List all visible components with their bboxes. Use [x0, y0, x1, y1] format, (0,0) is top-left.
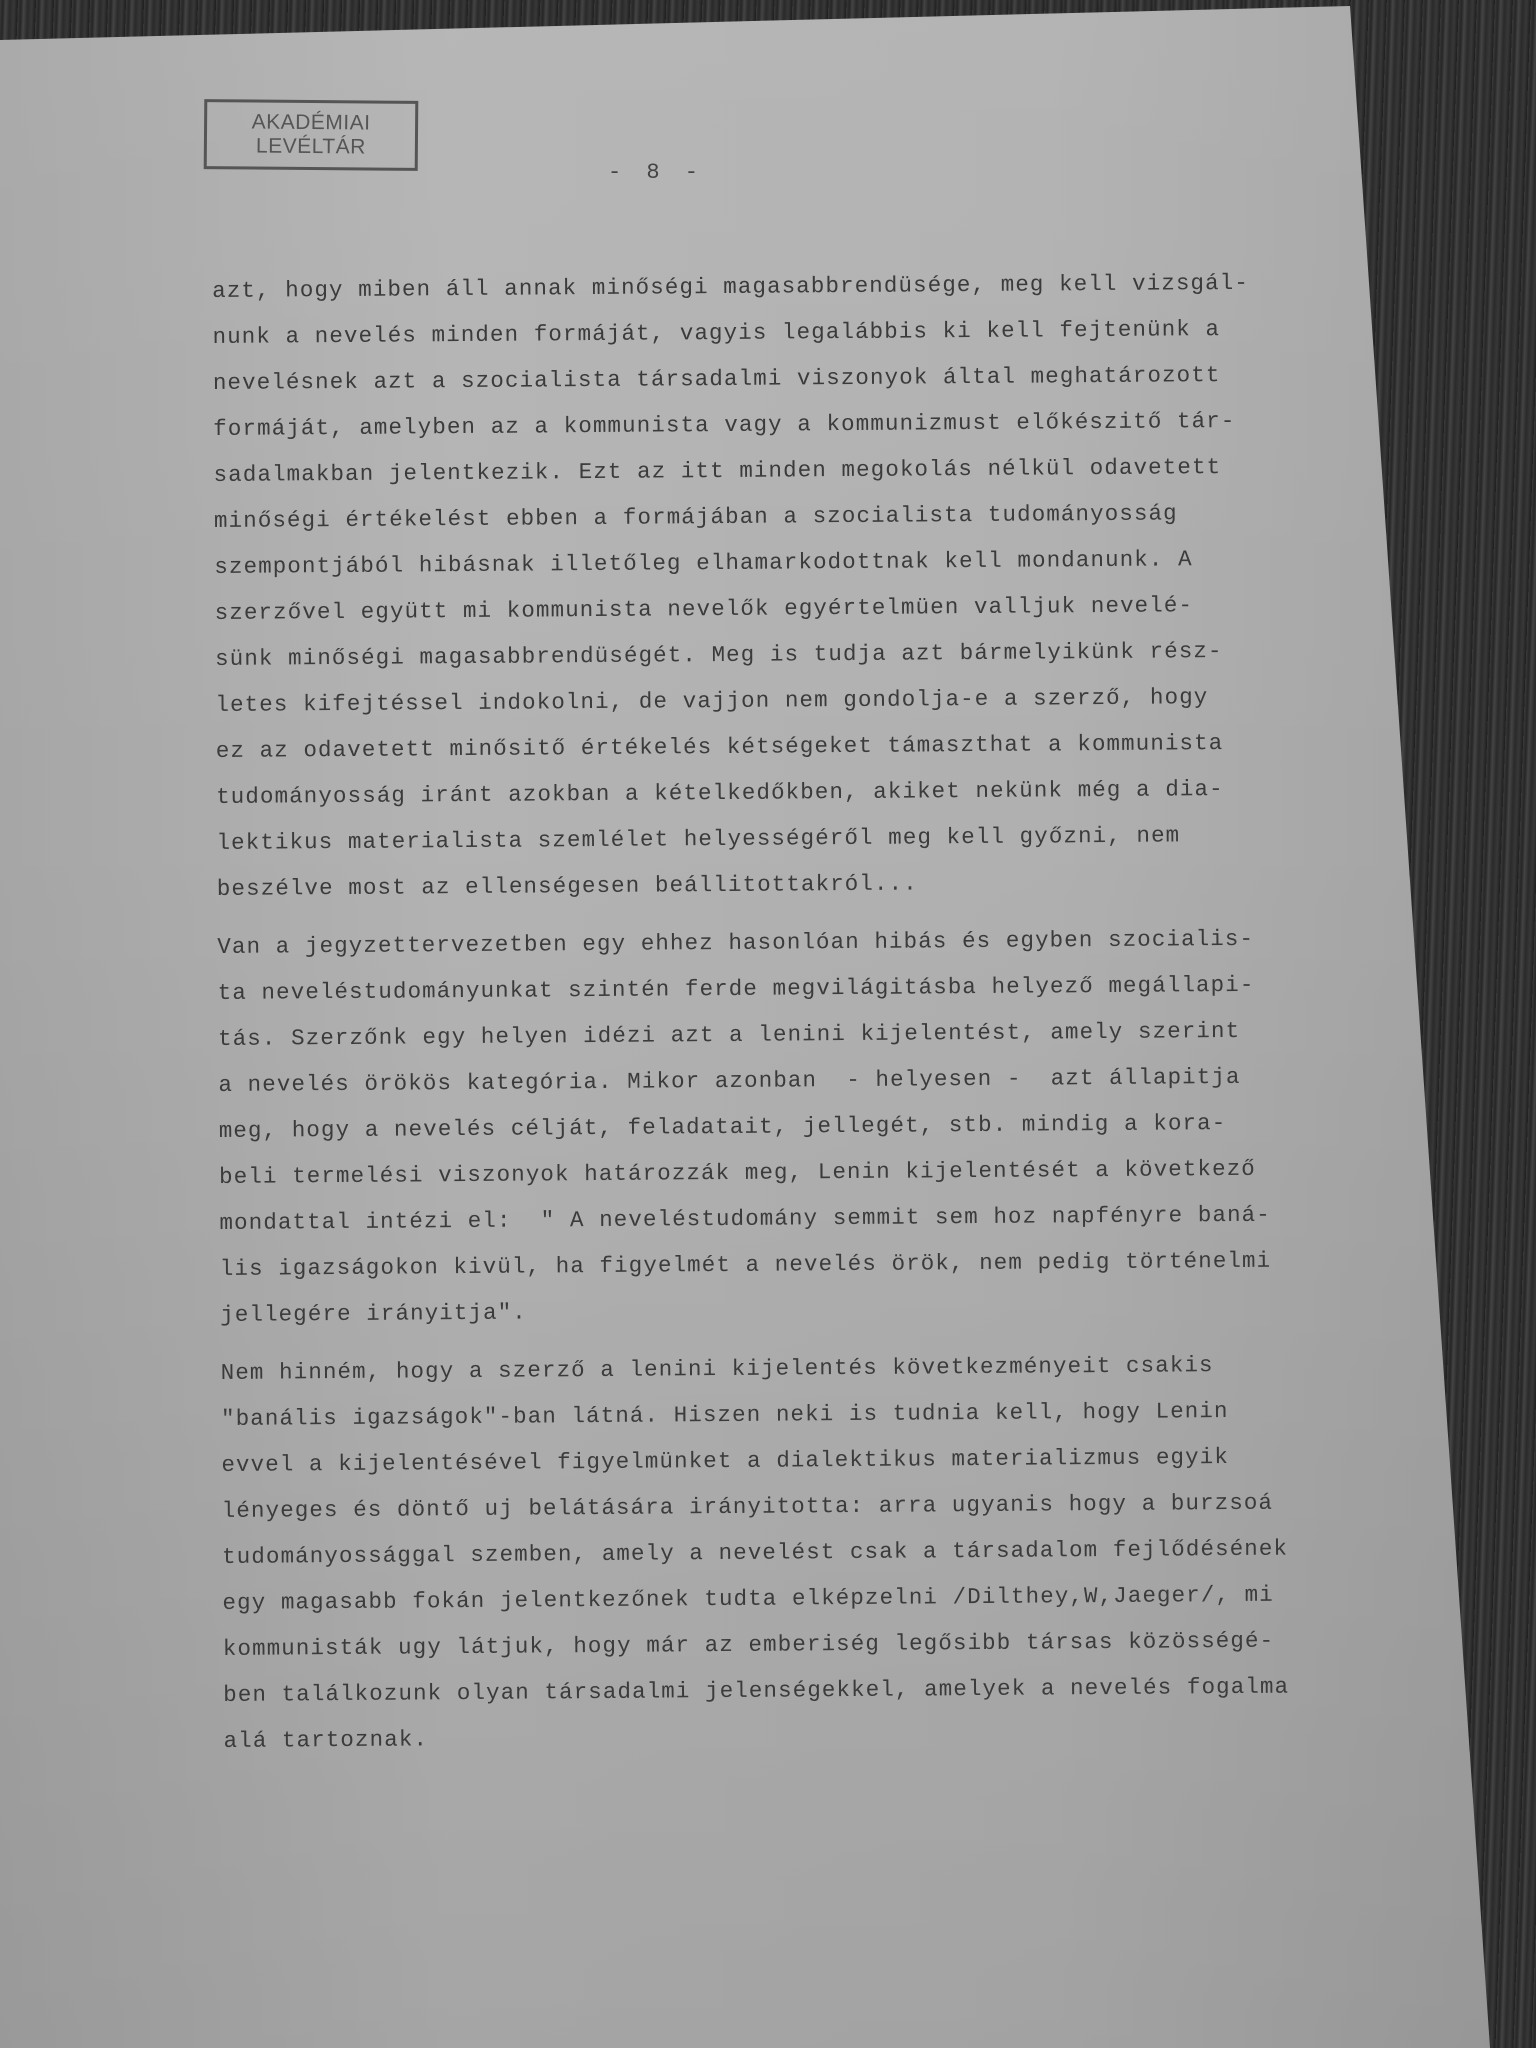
stamp-line-1: AKADÉMIAI	[252, 110, 371, 135]
paragraph-3: Nem hinném, hogy a szerző a lenini kijel…	[220, 1340, 1483, 1764]
page-number: - 8 -	[608, 160, 704, 185]
paragraph-1: azt, hogy miben áll annak minőségi magas…	[212, 258, 1477, 912]
stamp-line-2: LEVÉLTÁR	[256, 135, 366, 160]
archive-stamp: AKADÉMIAI LEVÉLTÁR	[204, 99, 419, 171]
document-body: azt, hogy miben áll annak minőségi magas…	[212, 258, 1484, 1764]
paragraph-2: Van a jegyzettervezetben egy ehhez hason…	[217, 914, 1480, 1338]
